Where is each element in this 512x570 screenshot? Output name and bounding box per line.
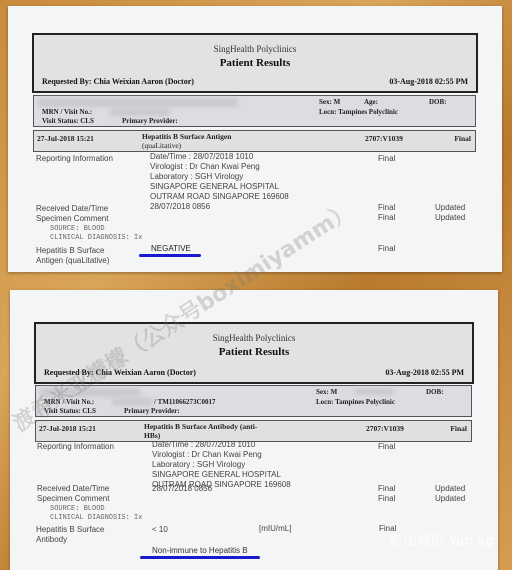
result-interpretation: Non-immune to Hepatitis B xyxy=(152,546,248,555)
highlight-underline xyxy=(140,556,260,559)
patient-location: Locn: Tampines Polyclinic xyxy=(319,108,398,116)
patient-location: Locn: Tampines Polyclinic xyxy=(316,398,395,406)
corner-watermark: 新加坡眼 Yan.sg xyxy=(389,530,494,550)
reporting-line: Virologist : Dr Chan Kwai Peng xyxy=(150,162,289,172)
reporting-status: Final xyxy=(378,442,395,451)
visit-status: Visit Status: CLS xyxy=(42,117,94,125)
specimen-label: Specimen Comment xyxy=(36,214,108,223)
mrn-label: MRN / Visit No.: xyxy=(42,108,92,116)
reporting-line: SINGAPORE GENERAL HOSPITAL xyxy=(152,470,291,480)
clinical-diagnosis: CLINICAL DIAGNOSIS: Ix xyxy=(50,514,142,522)
redacted-age xyxy=(354,388,394,395)
test-code: 2707:V1039 xyxy=(365,134,403,143)
patient-age-label: Age: xyxy=(364,98,378,106)
test-name: Hepatitis B Surface Antigen xyxy=(142,132,231,141)
result-label-line2: Antigen (quaLitative) xyxy=(36,256,109,265)
specimen-source: SOURCE: BLOOD xyxy=(50,225,105,233)
result-status: Final xyxy=(378,244,395,253)
report-datetime: 03-Aug-2018 02:55 PM xyxy=(385,368,464,377)
reporting-line: Laboratory : SGH Virology xyxy=(150,172,289,182)
redacted-mrn xyxy=(110,108,170,116)
patient-info-band: Sex: M Age: DOB: MRN / Visit No.: Locn: … xyxy=(33,95,476,127)
reporting-line: Virologist : Dr Chan Kwai Peng xyxy=(152,450,291,460)
received-label: Received Date/Time xyxy=(37,484,109,493)
visit-number: / TM11066273C0017 xyxy=(154,398,216,406)
test-code: 2707:V1039 xyxy=(366,424,404,433)
patient-info-band: Sex: M DOB: MRN / Visit No.: / TM1106627… xyxy=(35,385,472,417)
patient-dob-label: DOB: xyxy=(429,98,447,106)
test-date: 27-Jul-2018 15:21 xyxy=(39,424,96,433)
specimen-source: SOURCE: BLOOD xyxy=(50,505,105,513)
received-flag: Updated xyxy=(435,484,465,493)
specimen-status: Final xyxy=(378,213,395,222)
specimen-flag: Updated xyxy=(435,213,465,222)
result-label-line1: Hepatitis B Surface xyxy=(36,246,104,255)
highlight-underline xyxy=(139,254,201,257)
reporting-info-label: Reporting Information xyxy=(36,154,113,163)
test-name: Hepatitis B Surface Antibody (anti- xyxy=(144,422,257,431)
specimen-label: Specimen Comment xyxy=(37,494,109,503)
test-status: Final xyxy=(454,134,471,143)
received-value: 28/07/2018 0856 xyxy=(152,484,212,493)
organization-name: SingHealth Polyclinics xyxy=(36,333,472,343)
reporting-info-label: Reporting Information xyxy=(37,442,114,451)
reporting-line: Date/Time : 28/07/2018 1010 xyxy=(152,440,291,450)
clinical-diagnosis: CLINICAL DIAGNOSIS: Ix xyxy=(50,234,142,242)
primary-provider: Primary Provider: xyxy=(124,407,180,415)
reporting-line: SINGAPORE GENERAL HOSPITAL xyxy=(150,182,289,192)
received-status: Final xyxy=(378,484,395,493)
requested-by: Requested By: Chia Weixian Aaron (Doctor… xyxy=(42,77,194,86)
test-header-bar: 27-Jul-2018 15:21 Hepatitis B Surface An… xyxy=(35,420,472,442)
result-sheet-hbsag: SingHealth Polyclinics Patient Results R… xyxy=(8,6,502,272)
test-name-qualifier: (quaLitative) xyxy=(142,141,181,150)
report-title: Patient Results xyxy=(34,57,476,69)
patient-dob-label: DOB: xyxy=(426,388,444,396)
result-value: NEGATIVE xyxy=(151,244,191,253)
received-status: Final xyxy=(378,203,395,212)
test-name-suffix: HBs) xyxy=(144,431,160,440)
report-header: SingHealth Polyclinics Patient Results R… xyxy=(32,33,478,93)
reporting-line: OUTRAM ROAD SINGAPORE 169608 xyxy=(150,192,289,202)
result-value: < 10 xyxy=(152,525,168,534)
primary-provider: Primary Provider: xyxy=(122,117,178,125)
reporting-status: Final xyxy=(378,154,395,163)
test-date: 27-Jul-2018 15:21 xyxy=(37,134,94,143)
redacted-mrn xyxy=(112,398,152,406)
reporting-info-block: Date/Time : 28/07/2018 1010 Virologist :… xyxy=(152,440,291,490)
organization-name: SingHealth Polyclinics xyxy=(34,44,476,54)
received-value: 28/07/2018 0856 xyxy=(150,202,210,211)
reporting-line: Date/Time : 28/07/2018 1010 xyxy=(150,152,289,162)
result-label-line2: Antibody xyxy=(36,535,67,544)
patient-sex: Sex: M xyxy=(319,98,340,106)
reporting-line: Laboratory : SGH Virology xyxy=(152,460,291,470)
received-label: Received Date/Time xyxy=(36,204,108,213)
result-unit: [mIU/mL] xyxy=(259,524,291,533)
redacted-name xyxy=(38,98,238,107)
specimen-flag: Updated xyxy=(435,494,465,503)
specimen-status: Final xyxy=(378,494,395,503)
patient-sex: Sex: M xyxy=(316,388,337,396)
result-label-line1: Hepatitis B Surface xyxy=(36,525,104,534)
received-flag: Updated xyxy=(435,203,465,212)
test-status: Final xyxy=(450,424,467,433)
report-datetime: 03-Aug-2018 02:55 PM xyxy=(389,77,468,86)
reporting-info-block: Date/Time : 28/07/2018 1010 Virologist :… xyxy=(150,152,289,202)
result-sheet-antihbs: SingHealth Polyclinics Patient Results R… xyxy=(10,290,498,570)
test-header-bar: 27-Jul-2018 15:21 Hepatitis B Surface An… xyxy=(33,130,476,152)
